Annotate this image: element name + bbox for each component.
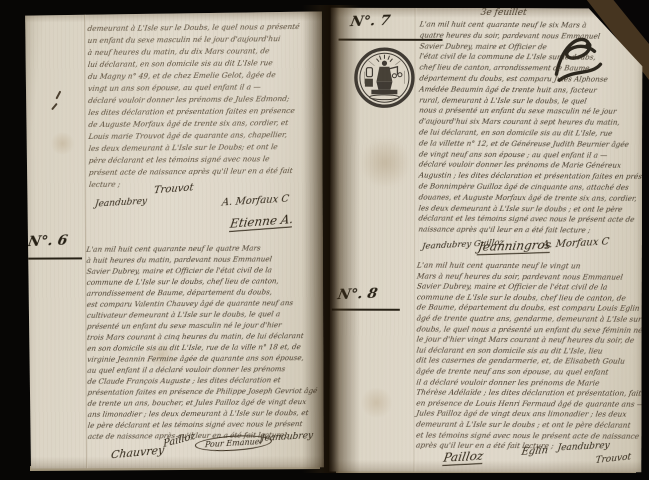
signature-jeandubrey-1: Jeandubrey xyxy=(94,197,147,210)
foxing-spot xyxy=(360,388,394,418)
act-number-7: N°. 7 xyxy=(349,13,391,30)
handwritten-line: le jour d'hier vingt Mars courant à neuf… xyxy=(416,335,642,347)
handwritten-line: âgé de trente quatre ans, gendarme, deme… xyxy=(416,314,642,326)
act-number-6: N°. 6 xyxy=(26,233,68,251)
signature-morfaux-1: A. Morfaux C xyxy=(221,194,289,209)
left-page: demeurant à L'Isle sur le Doubs, le quel… xyxy=(25,11,324,468)
act-number-8-underline xyxy=(332,309,400,311)
handwritten-line: demeurant à L'Isle sur le doubs ; et ont… xyxy=(415,419,641,431)
act-number-8: N°. 8 xyxy=(336,286,378,303)
signature-trouvot-1: Trouvot xyxy=(153,182,194,196)
signature-morfaux-2: A. Morfaux C xyxy=(541,237,610,251)
signature-jeandubrey-2: Jeandubrey xyxy=(260,431,313,444)
signature-eglin: Eglin xyxy=(521,445,549,458)
act-6-text: L'an mil huit cent quarante neuf le quat… xyxy=(86,242,324,442)
handwritten-line: Thérèse Adélaïde ; les dites déclaration… xyxy=(415,388,641,400)
signature-chauvrey: Chauvrey xyxy=(110,444,165,462)
handwritten-line: de la villette n° 12, et de Généreuse Ju… xyxy=(418,138,636,150)
stamp-stain xyxy=(358,138,412,188)
handwritten-line: douanes, et Auguste Morfaux âgé de trent… xyxy=(418,192,636,204)
revenue-stamp-icon xyxy=(352,46,416,110)
signature-pailloz-2: Pailloz xyxy=(442,449,484,466)
page-header-feuillet: 3e feuillet xyxy=(480,8,527,18)
handwritten-line: âgée de trente neuf ans son épouse, au q… xyxy=(416,366,642,378)
act-8-text: L'an mil huit cent quarante neuf le ving… xyxy=(415,261,640,453)
handwritten-line: Amédée Beaumin âgé de trente huit ans, f… xyxy=(418,84,636,96)
act-number-6-underline xyxy=(25,257,82,259)
handwritten-line: quatre heures du soir, pardevant nous Em… xyxy=(419,30,637,42)
handwritten-line: naissance après qu'il leur en a été fait… xyxy=(418,225,636,237)
act-7-text: L'an mil huit cent quarante neuf le six … xyxy=(418,19,635,236)
signature-etienne: Etienne A. xyxy=(229,212,294,232)
foxing-spot xyxy=(50,132,76,154)
register-scan: demeurant à L'Isle sur le Doubs, le quel… xyxy=(0,0,649,480)
handwritten-line: L'an mil huit cent quarante neuf le ving… xyxy=(416,261,642,273)
margin-ink-marks xyxy=(51,88,67,114)
act-continuation-text: demeurant à L'Isle sur le Doubs, le quel… xyxy=(87,21,321,191)
right-page: 3e feuillet N°. 7 xyxy=(329,8,642,473)
handwritten-line: lecture ; xyxy=(88,177,322,191)
signature-trouvot-2: Trouvot xyxy=(595,452,632,466)
